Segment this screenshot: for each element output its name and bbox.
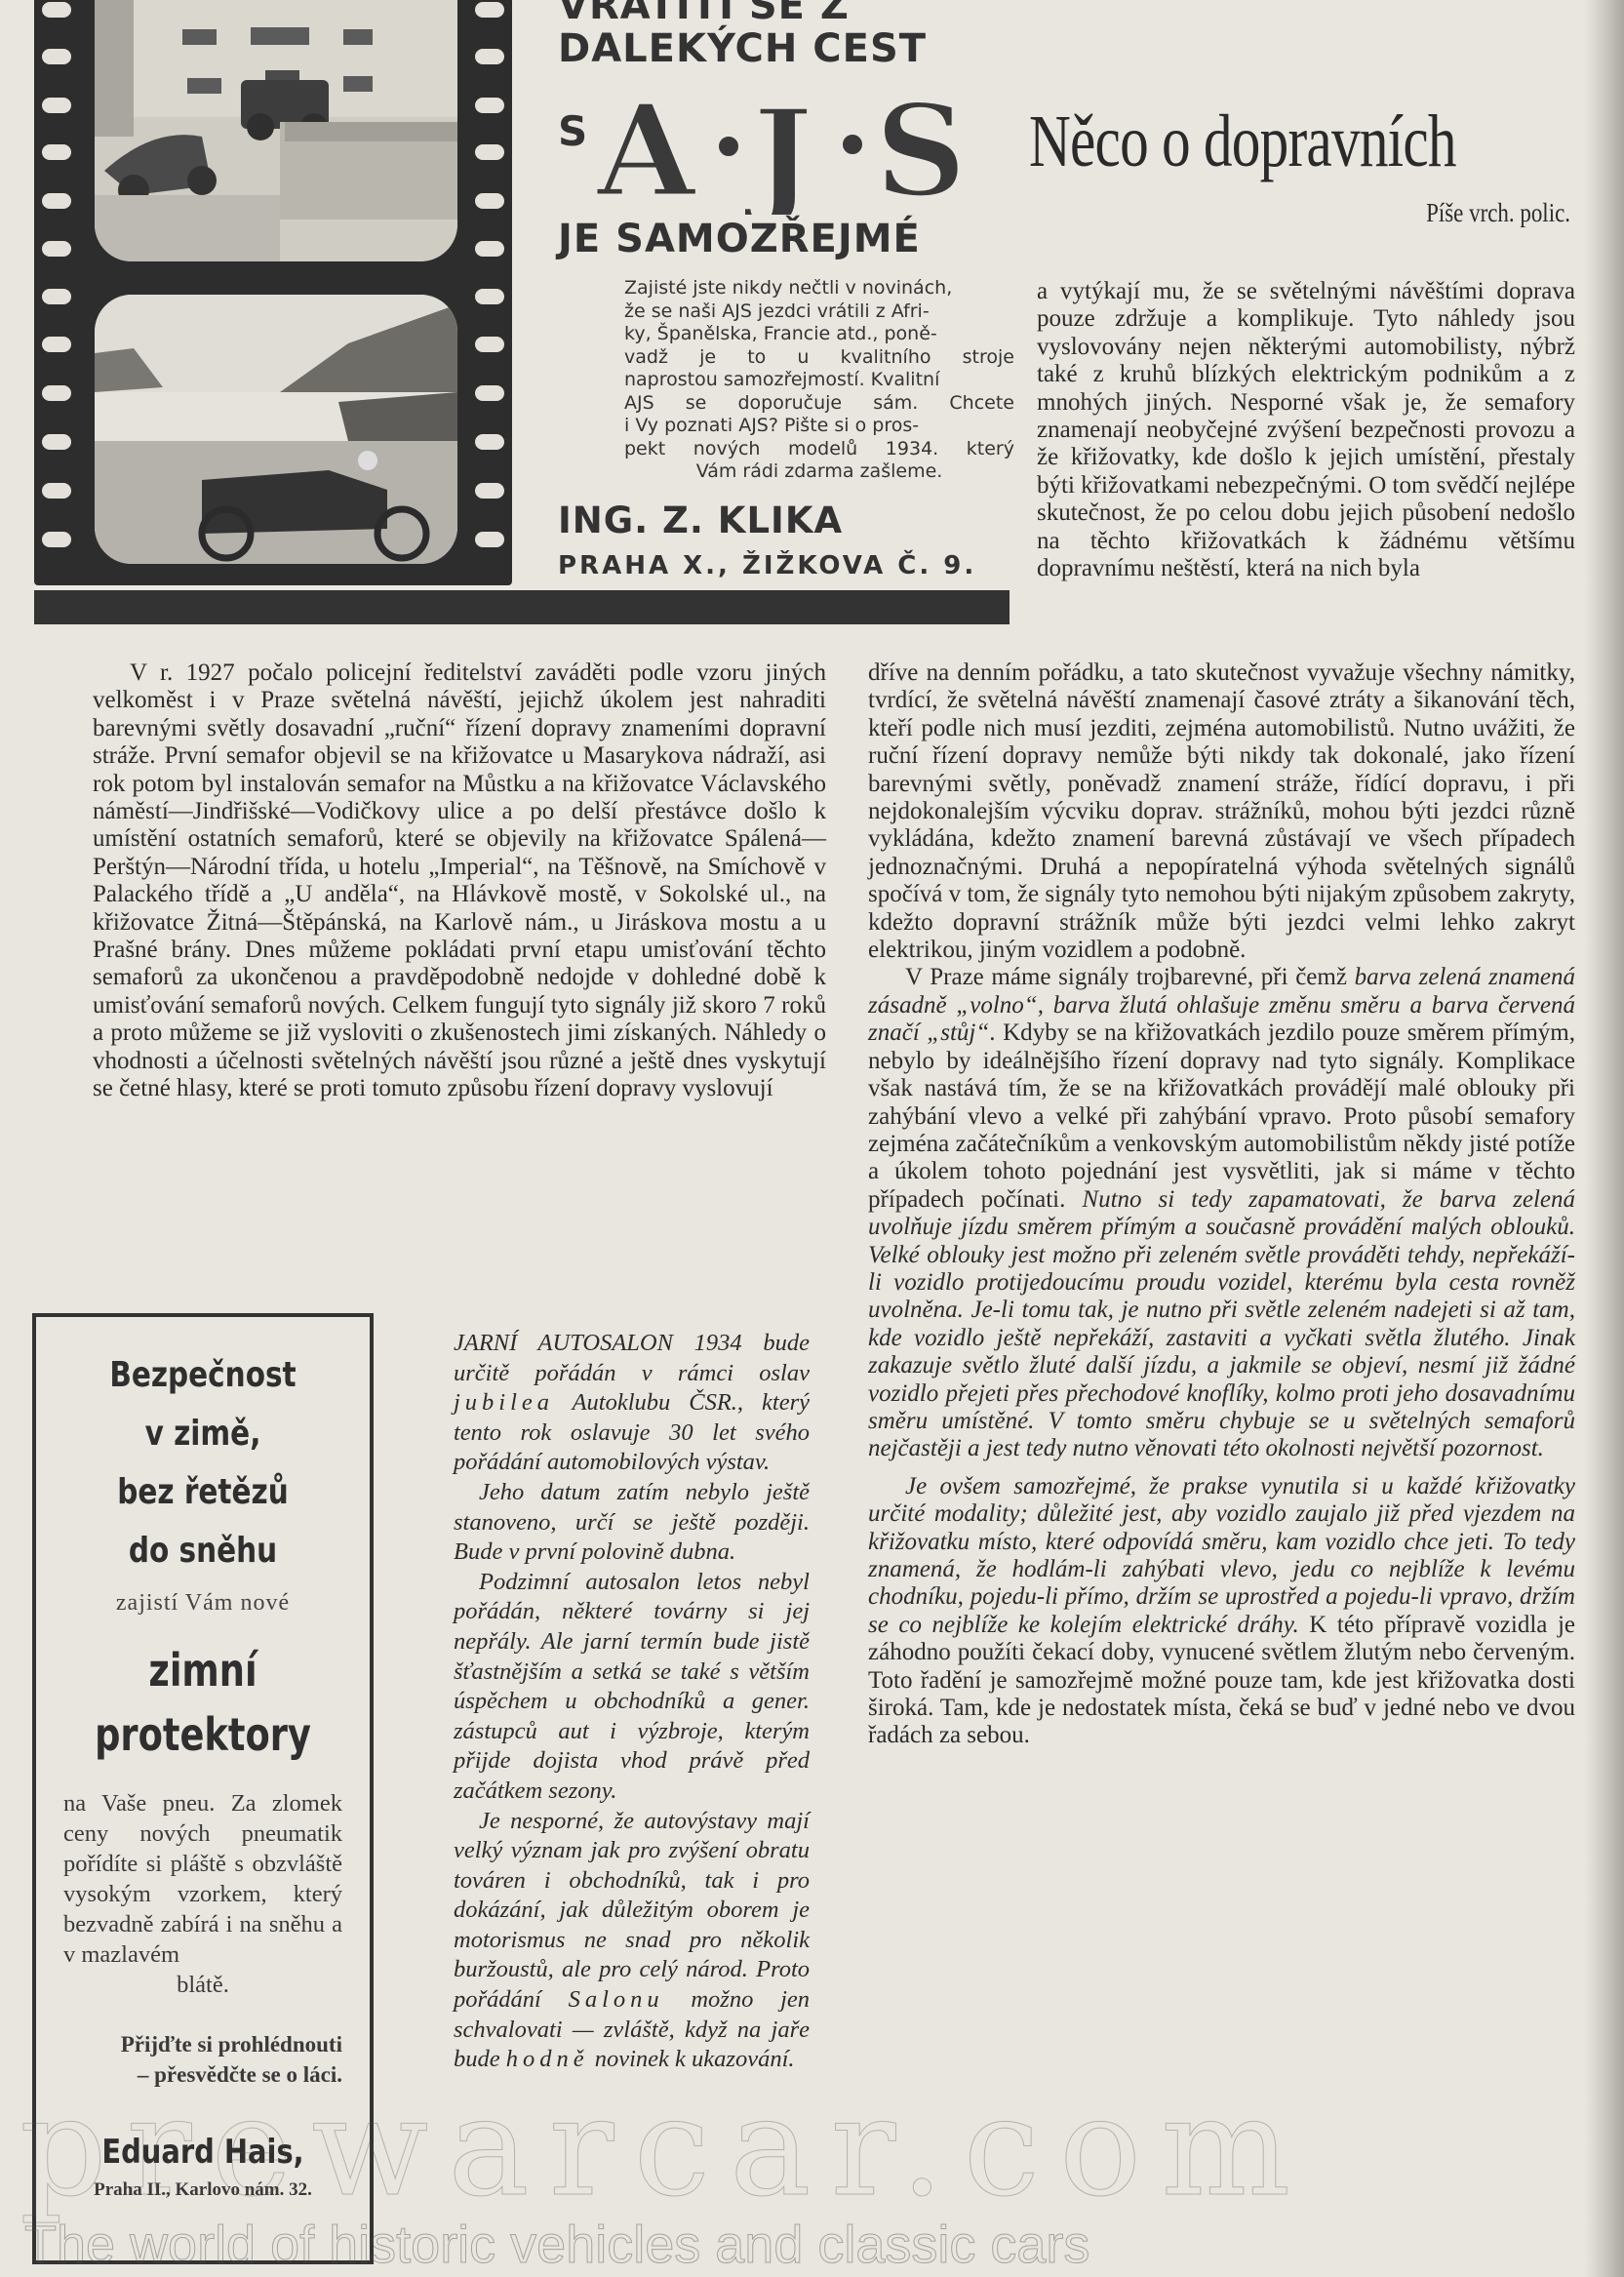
- sprocket-hole: [475, 483, 504, 499]
- article-column-left: V r. 1927 počalo policejní ředitelství z…: [93, 659, 826, 1103]
- svg-text:A: A: [597, 78, 697, 215]
- article-column-right: dříve na denním pořádku, a tato skutečno…: [868, 659, 1575, 1750]
- divider-line: [34, 585, 512, 589]
- article-byline: Píše vrch. polic.: [1397, 198, 1571, 228]
- ajs-logo: A J S: [597, 78, 1007, 215]
- sprocket-hole: [42, 2, 71, 18]
- film-strip-photos: [34, 0, 512, 585]
- autosalon-paragraph: Je nesporné, že autovýstavy mají velký v…: [454, 1807, 810, 2075]
- ajs-ad-body: Zajisté jste nikdy nečtli v novinách, že…: [624, 277, 1014, 484]
- autosalon-paragraph: Podzimní autosalon letos nebyl pořádán, …: [454, 1568, 810, 1807]
- article-paragraph: V Praze máme signály trojbarevné, při če…: [868, 964, 1575, 1462]
- ajs-body-line: ky, Španělska, Francie atd., poně-: [624, 323, 1014, 346]
- sprocket-hole: [42, 385, 71, 401]
- ad-product-line: protektory: [87, 1702, 319, 1767]
- sprocket-hole: [475, 532, 504, 547]
- article-title: Něco o dopravních: [1029, 98, 1456, 185]
- ajs-company-address: PRAHA X., ŽIŽKOVA Č. 9.: [558, 551, 976, 580]
- autosalon-paragraph: Jeho datum zatím nebylo ještě stanoveno,…: [454, 1478, 810, 1568]
- watermark-site: prewarcar.com: [20, 2068, 1310, 2227]
- watermark-tagline: The world of historic vehicles and class…: [24, 2215, 1089, 2275]
- ajs-body-line: vadž je to u kvalitního stroje: [624, 346, 1014, 370]
- sprocket-hole: [475, 144, 504, 160]
- sprocket-hole: [475, 193, 504, 209]
- ajs-body-line: naprostou samozřejmostí. Kvalitní: [624, 369, 1014, 392]
- photo-hotel-motorcycle: [95, 0, 457, 261]
- autosalon-column: JARNÍ AUTOSALON 1934 bude určitě pořádán…: [454, 1329, 810, 2075]
- ajs-body-line: AJS se doporučuje sám. Chcete: [624, 392, 1014, 416]
- autosalon-paragraph: JARNÍ AUTOSALON 1934 bude určitě pořádán…: [454, 1329, 810, 1478]
- sprocket-hole: [42, 241, 71, 257]
- black-rule-bar: [34, 590, 1010, 624]
- article-paragraph: Je ovšem samozřejmé, že prakse vynutila …: [868, 1473, 1575, 1750]
- sprocket-hole: [475, 49, 504, 64]
- sprocket-hole: [475, 2, 504, 18]
- sprocket-hole: [42, 337, 71, 352]
- article-paragraph: dříve na denním pořádku, a tato skutečno…: [868, 659, 1575, 964]
- page-edge-shadow: [1585, 0, 1624, 2277]
- autosalon-heading: JARNÍ AUTOSALON 1934: [454, 1330, 742, 1356]
- sprocket-hole: [42, 98, 71, 113]
- sprocket-hole: [475, 289, 504, 304]
- sprocket-hole: [42, 434, 71, 450]
- ajs-prefix-s: S: [558, 107, 587, 155]
- ajs-headline-bottom: JE SAMOZŘEJMÉ: [558, 217, 921, 261]
- svg-text:S: S: [875, 78, 967, 215]
- ad-headline-line: v zimě,: [84, 1405, 322, 1463]
- article-column-right-top: a vytýkají mu, že se světelnými návěštím…: [1037, 278, 1575, 582]
- ajs-body-line: Zajisté jste nikdy nečtli v novinách,: [624, 277, 1014, 300]
- ad-headline-line: do sněhu: [84, 1522, 322, 1580]
- article-paragraph: V r. 1927 počalo policejní ředitelství z…: [93, 659, 826, 1103]
- ajs-headline-top: VRÁTITI SE Z: [558, 0, 850, 25]
- svg-text:J: J: [743, 81, 813, 215]
- sprocket-hole: [42, 49, 71, 64]
- sprocket-hole: [42, 532, 71, 547]
- photo-lake-sidecar: [95, 295, 457, 564]
- sprocket-hole: [42, 193, 71, 209]
- sprocket-hole: [42, 144, 71, 160]
- ad-subline: zajistí Vám nové: [58, 1590, 348, 1617]
- ajs-company-name: ING. Z. KLIKA: [558, 499, 843, 541]
- sprocket-hole: [475, 385, 504, 401]
- ad-headline-line: Bezpečnost: [84, 1346, 322, 1405]
- sprocket-hole: [475, 98, 504, 113]
- ad-headline-line: bez řetězů: [84, 1463, 322, 1522]
- sprocket-hole: [475, 434, 504, 450]
- ajs-headline-line2: DALEKÝCH CEST: [558, 27, 927, 70]
- ajs-body-line: že se naši AJS jezdci vrátili z Afri-: [624, 300, 1014, 324]
- article-paragraph: a vytýkají mu, že se světelnými návěštím…: [1037, 278, 1575, 582]
- ajs-body-last-line: Vám rádi zdarma zašleme.: [624, 460, 1014, 484]
- ad-product-line: zimní: [87, 1638, 319, 1702]
- ad-body: na Vaše pneu. Za zlomek ceny nových pneu…: [58, 1788, 348, 2000]
- emphasis: Nutno si tedy zapamatovati, že barva zel…: [868, 1186, 1575, 1462]
- ajs-body-line: i Vy poznati AJS? Pište si o pros-: [624, 415, 1014, 438]
- sprocket-hole: [475, 241, 504, 257]
- sprocket-hole: [42, 483, 71, 499]
- sprocket-hole: [475, 337, 504, 352]
- ajs-body-line: pekt nových modelů 1934. který: [624, 438, 1014, 461]
- sprocket-hole: [42, 289, 71, 304]
